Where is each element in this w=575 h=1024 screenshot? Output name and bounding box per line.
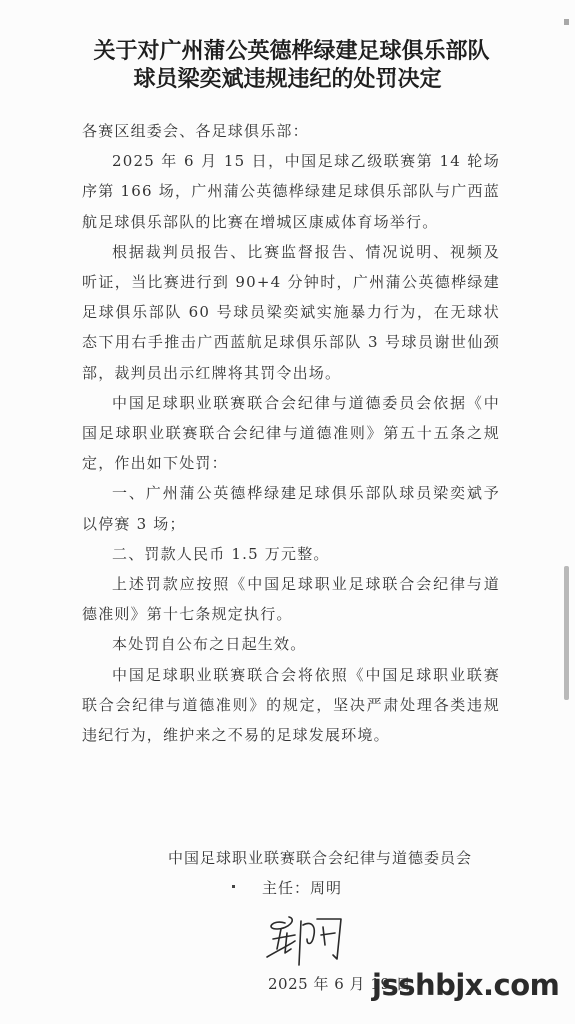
site-watermark: jsshbjx.com	[372, 968, 559, 1002]
vertical-scrollbar[interactable]	[564, 566, 569, 700]
paragraph-fine-execution: 上述罚款应按照《中国足球职业足球联合会纪律与道德准则》第十七条规定执行。	[82, 569, 500, 629]
document-body: 各赛区组委会、各足球俱乐部： 2025 年 6 月 15 日，中国足球乙级联赛第…	[82, 116, 500, 750]
paragraph-incident: 根据裁判员报告、比赛监督报告、情况说明、视频及听证，当比赛进行到 90+4 分钟…	[82, 237, 500, 388]
paragraph-match-info: 2025 年 6 月 15 日，中国足球乙级联赛第 14 轮场序第 166 场，…	[82, 146, 500, 237]
director-name: 主任：周明	[262, 877, 342, 898]
handwritten-signature-icon	[255, 905, 355, 975]
paragraph-basis: 中国足球职业联赛联合会纪律与道德委员会依据《中国足球职业联赛联合会纪律与道德准则…	[82, 388, 500, 479]
paragraph-penalty-fine: 二、罚款人民币 1.5 万元整。	[82, 539, 500, 569]
salutation: 各赛区组委会、各足球俱乐部：	[82, 116, 500, 146]
paragraph-penalty-suspension: 一、广州蒲公英德桦绿建足球俱乐部队球员梁奕斌予以停赛 3 场；	[82, 478, 500, 538]
issuing-organization: 中国足球职业联赛联合会纪律与道德委员会	[168, 847, 472, 868]
document-title-line-2: 球员梁奕斌违规违纪的处罚决定	[0, 62, 575, 93]
paragraph-effective: 本处罚自公布之日起生效。	[82, 629, 500, 659]
corner-mark	[564, 19, 569, 25]
document-title-line-1: 关于对广州蒲公英德桦绿建足球俱乐部队	[4, 34, 575, 65]
scan-speck	[232, 885, 235, 888]
paragraph-closing: 中国足球职业联赛联合会将依照《中国足球职业联赛联合会纪律与道德准则》的规定，坚决…	[82, 660, 500, 751]
document-page: 关于对广州蒲公英德桦绿建足球俱乐部队 球员梁奕斌违规违纪的处罚决定 各赛区组委会…	[0, 0, 575, 1024]
